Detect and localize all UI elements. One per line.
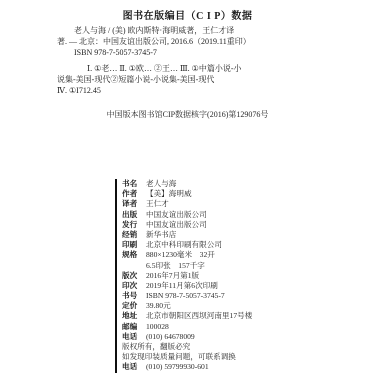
row-value: 如发现印装质量问题，可联系调换	[122, 352, 236, 362]
row-value: (010) 59799930-601	[146, 362, 209, 372]
copyright-page: 图书在版编目（C I P）数据 老人与海 / (美) 欧内斯特·海明威著，王仁才…	[0, 0, 375, 375]
table-row: 地址北京市朝阳区西坝河南里17号楼	[122, 311, 252, 321]
row-label: 印刷	[122, 240, 139, 250]
row-value: 100028	[146, 322, 169, 332]
cip-header-title: 图书在版编目（C I P）数据	[0, 7, 375, 22]
row-label: 定价	[122, 301, 139, 311]
colophon-rows: 书名老人与海作者【美】海明威译者王仁才出版中国友谊出版公司发行中国友谊出版公司经…	[122, 179, 252, 373]
row-value: (010) 64678009	[146, 332, 195, 342]
table-row: 定价39.80元	[122, 301, 252, 311]
row-label: 发行	[122, 220, 139, 230]
table-row: 如发现印装质量问题，可联系调换	[122, 352, 252, 362]
row-value: 【美】海明威	[146, 189, 192, 199]
table-row: 规格880×1230毫米 32开	[122, 250, 252, 260]
table-row: 经销新华书店	[122, 230, 252, 240]
classification-line: Ⅰ. ①老… Ⅱ. ①欧… ②王… Ⅲ. ①中篇小说-小	[57, 63, 337, 74]
row-value: 新华书店	[146, 230, 176, 240]
row-value: 880×1230毫米 32开	[146, 250, 215, 260]
row-label: 书号	[122, 291, 139, 301]
row-label: 电话	[122, 362, 139, 372]
cip-description-block: 老人与海 / (美) 欧内斯特·海明威著，王仁才译 著. — 北京：中国友谊出版…	[57, 25, 337, 58]
row-value: 北京市朝阳区西坝河南里17号楼	[146, 311, 252, 321]
table-row: 版次2016年7月第1版	[122, 271, 252, 281]
colophon-table: 书名老人与海作者【美】海明威译者王仁才出版中国友谊出版公司发行中国友谊出版公司经…	[115, 179, 252, 373]
row-label: 邮编	[122, 322, 139, 332]
row-value: ISBN 978-7-5057-3745-7	[146, 291, 225, 301]
cip-classification-block: Ⅰ. ①老… Ⅱ. ①欧… ②王… Ⅲ. ①中篇小说-小 说集-美国-现代②短篇…	[57, 63, 337, 96]
table-row: 电话(010) 59799930-601	[122, 362, 252, 372]
classification-line: 说集-美国-现代②短篇小说-小说集-美国-现代	[57, 74, 337, 85]
row-label: 地址	[122, 311, 139, 321]
cip-record-number: 中国版本图书馆CIP数据核字(2016)第129076号	[0, 109, 375, 120]
cip-description-line: 著. — 北京：中国友谊出版公司, 2016.6（2019.11重印）	[57, 36, 337, 47]
table-row: 印刷北京中科印刷有限公司	[122, 240, 252, 250]
table-row: 版权所有，翻版必究	[122, 342, 252, 352]
table-row: 发行中国友谊出版公司	[122, 220, 252, 230]
row-value: 39.80元	[146, 301, 171, 311]
row-label: 译者	[122, 199, 139, 209]
row-label: 版次	[122, 271, 139, 281]
row-value: 2019年11月第6次印刷	[146, 281, 218, 291]
table-row: 邮编100028	[122, 322, 252, 332]
table-row: 译者王仁才	[122, 199, 252, 209]
table-row: 书号ISBN 978-7-5057-3745-7	[122, 291, 252, 301]
table-row: 出版中国友谊出版公司	[122, 210, 252, 220]
table-row: 印次2019年11月第6次印刷	[122, 281, 252, 291]
row-label: 书名	[122, 179, 139, 189]
table-row: 作者【美】海明威	[122, 189, 252, 199]
row-label: 电话	[122, 332, 139, 342]
row-value: 中国友谊出版公司	[146, 210, 207, 220]
row-label: 出版	[122, 210, 139, 220]
row-label: 规格	[122, 250, 139, 260]
row-value: 版权所有，翻版必究	[122, 342, 190, 352]
cip-description-line: 老人与海 / (美) 欧内斯特·海明威著，王仁才译	[57, 25, 337, 36]
row-value: 老人与海	[146, 179, 176, 189]
classification-line: Ⅳ. ①I712.45	[57, 85, 337, 96]
row-label: 经销	[122, 230, 139, 240]
table-row: 电话(010) 64678009	[122, 332, 252, 342]
row-label: 印次	[122, 281, 139, 291]
table-row: 6.5印张 157千字	[122, 261, 252, 271]
row-value: 中国友谊出版公司	[146, 220, 207, 230]
isbn-line: ISBN 978-7-5057-3745-7	[57, 47, 337, 58]
row-label: 作者	[122, 189, 139, 199]
row-value: 北京中科印刷有限公司	[146, 240, 222, 250]
table-row: 书名老人与海	[122, 179, 252, 189]
row-value: 6.5印张 157千字	[146, 261, 205, 271]
row-value: 2016年7月第1版	[146, 271, 199, 281]
row-value: 王仁才	[146, 199, 169, 209]
